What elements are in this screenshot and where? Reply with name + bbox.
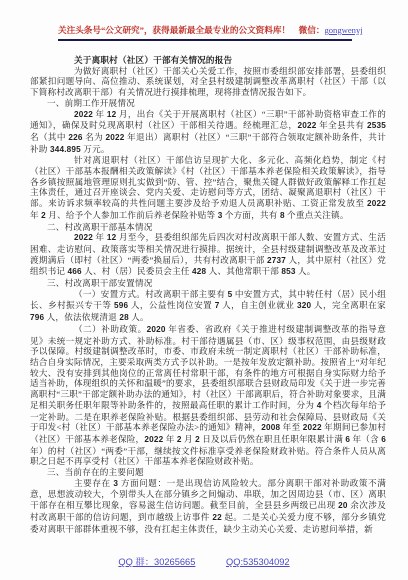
paragraph: 2022 年 12 月至今，县委组织部先后四次对村改离职干部人数、安置方式、生活… bbox=[30, 232, 386, 278]
paragraph: 主要存在 3 方面问题：一是出现信访风险较大。部分离职干部对补助政策不满意，思想… bbox=[30, 478, 386, 535]
qq-number: 535304092 bbox=[243, 557, 290, 567]
paragraph: 针对离退职村（社区）干部信访呈现扩大化、多元化、高频化趋势，制定《村（社区）干部… bbox=[30, 155, 386, 221]
qq-link[interactable]: QQ:535304092 bbox=[226, 557, 290, 567]
document-content: 关于离职村（社区）干部有关情况的报告 为做好离职村（社区）干部关心关爱工作，按照… bbox=[30, 55, 386, 534]
wechat-label: 微信： bbox=[290, 25, 324, 35]
wechat-id-link[interactable]: gongwenyj bbox=[324, 25, 362, 35]
document-title: 关于离职村（社区）干部有关情况的报告 bbox=[30, 55, 386, 66]
paragraph: （一）安置方式。村改离职干部主要有 5 中安置方式，其中转任村（居）民小组长、乡… bbox=[30, 289, 386, 324]
section-heading: 三、村改离职干部安置情况 bbox=[30, 278, 386, 289]
qq-group-number: 30265665 bbox=[154, 557, 195, 567]
qq-group-label: QQ 群： bbox=[118, 557, 154, 567]
contact-footer: QQ 群：30265665 QQ:535304092 bbox=[0, 554, 408, 568]
paragraph: 2022 年 12 月，出台《关于开展离职村（社区）“三职”干部补助资格审查工作… bbox=[30, 109, 386, 156]
section-heading: 一、前期工作开展情况 bbox=[30, 98, 386, 109]
promo-text: 关注头条号“公文研究”，获得最新最全最专业的公文资料库！ bbox=[58, 25, 290, 35]
paragraph: （二）补助政策。2020 年省委、省政府《关于推进村级建制调整改革的指导意见》未… bbox=[30, 324, 386, 467]
section-heading: 二、村改离职干部基本情况 bbox=[30, 222, 386, 233]
qq-group-link[interactable]: QQ 群：30265665 bbox=[118, 557, 195, 567]
promo-header: 关注头条号“公文研究”，获得最新最全最专业的公文资料库！ 微信：gongweny… bbox=[58, 25, 352, 41]
section-heading: 三、当前存在的主要问题 bbox=[30, 467, 386, 478]
document-body: 为做好离职村（社区）干部关心关爱工作，按照市委组织部安排部署，县委组织部紧扣问题… bbox=[30, 66, 386, 535]
document-page: 关注头条号“公文研究”，获得最新最全最专业的公文资料库！ 微信：gongweny… bbox=[0, 0, 408, 580]
paragraph: 为做好离职村（社区）干部关心关爱工作，按照市委组织部安排部署，县委组织部紧扣问题… bbox=[30, 66, 386, 98]
qq-label: QQ: bbox=[226, 557, 243, 567]
